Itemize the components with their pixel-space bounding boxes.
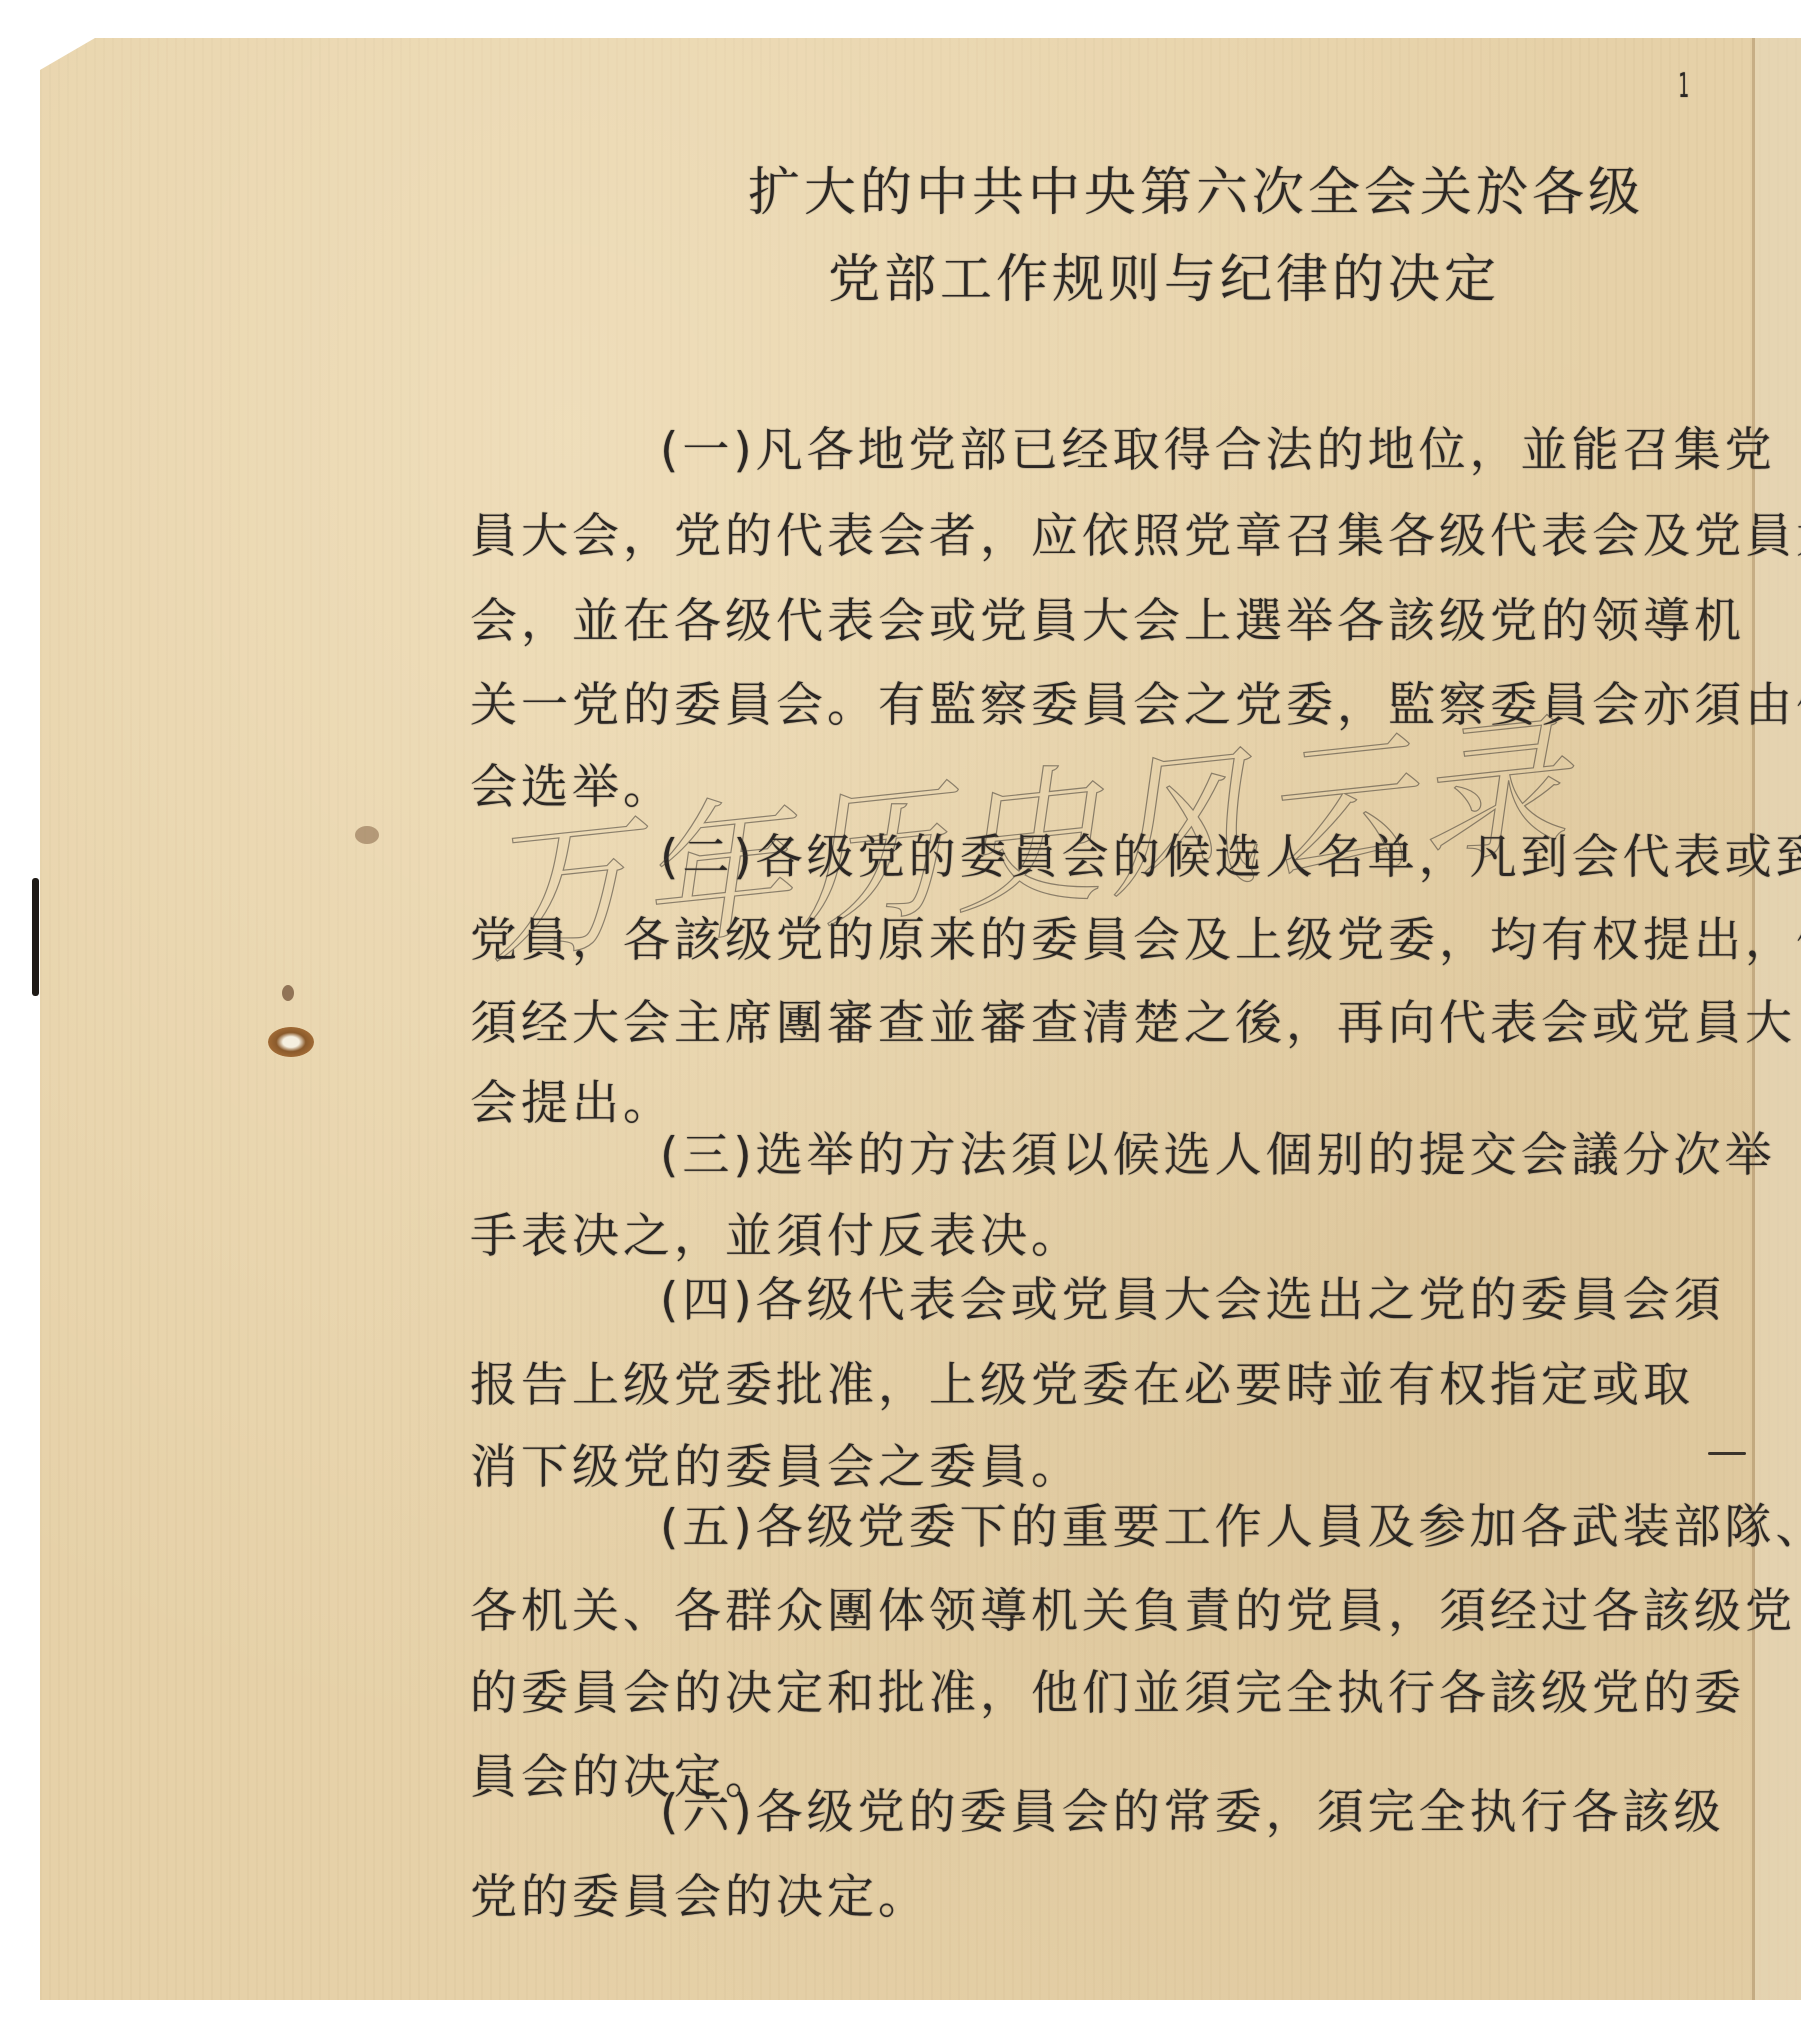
paragraph-first-line: (五)各级党委下的重要工作人員及参加各武装部隊、 [660, 1490, 1801, 1557]
document-title-line-2: 党部工作规则与纪律的决定 [828, 237, 1500, 312]
document-title-line-1: 扩大的中共中央第六次全会关於各级 [748, 150, 1644, 225]
page-number: 1 [1678, 66, 1691, 106]
paragraph-line: 关一党的委員会。有監察委員会之党委，監察委員会亦須由代表 [470, 668, 1801, 735]
paragraph-first-line: (一)凡各地党部已经取得合法的地位，並能召集党 [660, 413, 1776, 480]
paragraph-line: 会选举。 [470, 750, 674, 817]
paragraph-line: 报告上级党委批准，上级党委在必要時並有权指定或取 [470, 1348, 1694, 1415]
paragraph-first-line: (二)各级党的委員会的候选人名单，凡到会代表或到会 [660, 820, 1801, 887]
paragraph-line: 須经大会主席團審查並審查清楚之後，再向代表会或党員大 [470, 986, 1796, 1053]
paragraph-line: 党的委員会的决定。 [470, 1860, 929, 1927]
paragraph-line: 会提出。 [470, 1066, 674, 1133]
dirt-smudge [355, 826, 379, 844]
paragraph-line: 手表决之，並須付反表决。 [470, 1199, 1082, 1266]
paragraph-line: 的委員会的决定和批准，他们並須完全执行各該级党的委 [470, 1656, 1745, 1723]
paragraph-first-line: (三)选举的方法須以候选人個别的提交会議分次举 [660, 1118, 1776, 1185]
paragraph-line: 会，並在各级代表会或党員大会上選举各該级党的领導机 [470, 584, 1745, 651]
paragraph-line: 党員，各該级党的原来的委員会及上级党委，均有权提出，但 [470, 903, 1801, 970]
paragraph-line: 各机关、各群众團体领導机关負責的党員，須经过各該级党 [470, 1574, 1796, 1641]
ink-spot [282, 985, 294, 1001]
paragraph-line: 員大会，党的代表会者，应依照党章召集各级代表会及党員大 [470, 499, 1801, 566]
paragraph-line: 消下级党的委員会之委員。 [470, 1430, 1082, 1497]
binding-ink-mark [32, 878, 39, 996]
margin-dash-mark [1708, 1452, 1746, 1455]
paragraph-first-line: (六)各级党的委員会的常委，須完全执行各該级 [660, 1775, 1725, 1842]
paragraph-first-line: (四)各级代表会或党員大会选出之党的委員会須 [660, 1263, 1725, 1330]
water-stain [268, 1027, 314, 1057]
